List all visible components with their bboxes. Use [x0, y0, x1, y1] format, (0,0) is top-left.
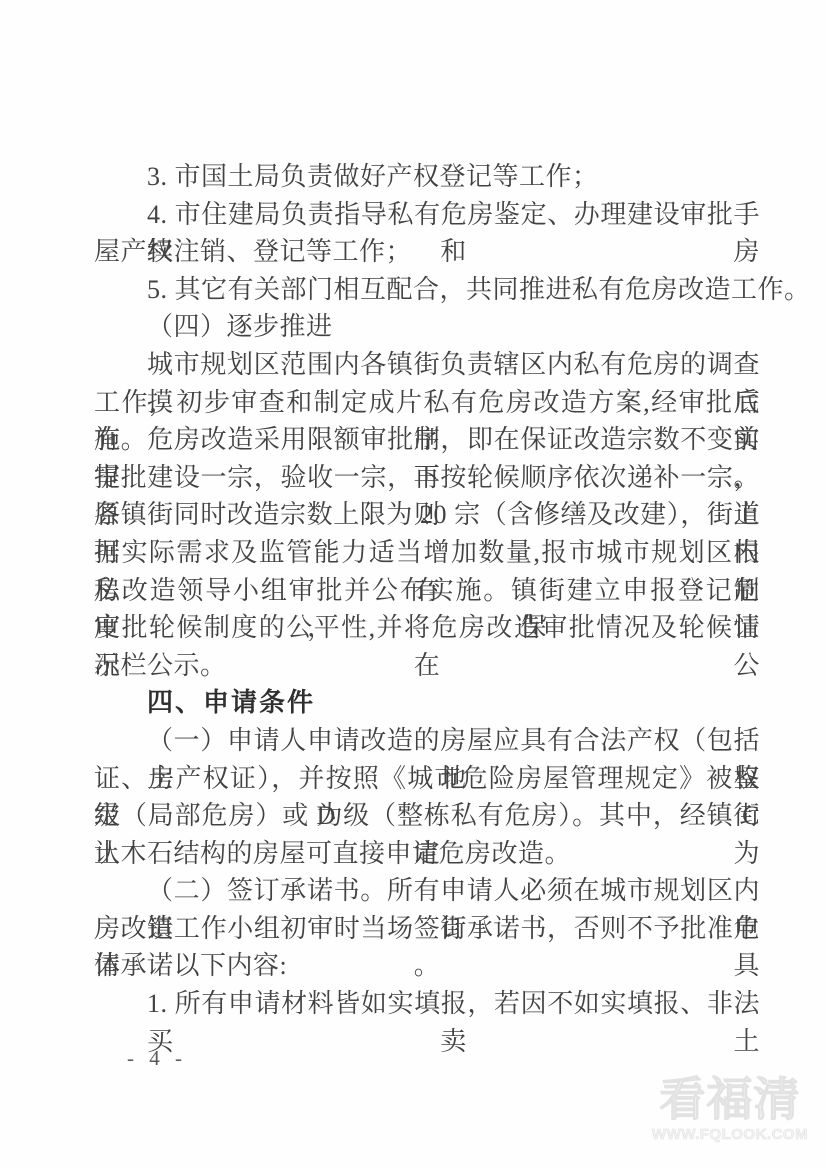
text-line: 房改造领导小组审批并公布实施。镇街建立申报登记制度，保证 [94, 572, 760, 610]
text-line: 级（局部危房）或 D 级（整栋私有危房）。其中，经镇街认定为 [94, 797, 760, 835]
text-line: 3. 市国土局负责做好产权登记等工作； [94, 158, 760, 196]
text-line: 审批建设一宗，验收一宗，再按轮候顺序依次递补一宗。原则上 [94, 459, 760, 497]
text-line: 房改造工作小组初审时当场签订承诺书，否则不予批准申请。具 [94, 910, 760, 948]
page-number: - 4 - [127, 1046, 187, 1071]
section-heading: 四、申请条件 [94, 684, 760, 722]
text-line: （一）申请人申请改造的房屋应具有合法产权（包括土地权 [94, 722, 760, 760]
scanned-document-page: 3. 市国土局负责做好产权登记等工作； 4. 市住建局负责指导私有危房鉴定、办理… [0, 0, 826, 1168]
watermark-logo-text: 看福清 [650, 1074, 810, 1125]
text-line: 1. 所有申请材料皆如实填报，若因不如实填报、非法买卖土 [94, 985, 760, 1023]
watermark: 看福清 WWW.FQLOOK.COM [650, 1074, 810, 1143]
text-line: 工作，初步审查和制定成片私有危房改造方案,经审批后有序实 [94, 384, 760, 422]
section-subheading: （四）逐步推进 [94, 308, 760, 346]
text-line: 各镇街同时改造宗数上限为 20 宗（含修缮及改建），街道可根 [94, 496, 760, 534]
text-line: 施。危房改造采用限额审批制，即在保证改造宗数不变前提下， [94, 421, 760, 459]
text-line: 证、房产权证），并按照《城市危险房屋管理规定》被鉴定为 C [94, 760, 760, 798]
text-line: 5. 其它有关部门相互配合，共同推进私有危房改造工作。 [94, 271, 760, 309]
text-line: 审批轮候制度的公平性,并将危房改造审批情况及轮候情况在公 [94, 609, 760, 647]
text-line: 4. 市住建局负责指导私有危房鉴定、办理建设审批手续和房 [94, 196, 760, 234]
watermark-url: WWW.FQLOOK.COM [650, 1126, 810, 1143]
text-line: （二）签订承诺书。所有申请人必须在城市规划区内镇街危 [94, 872, 760, 910]
document-body: 3. 市国土局负责做好产权登记等工作； 4. 市住建局负责指导私有危房鉴定、办理… [94, 158, 760, 1023]
text-line: 据实际需求及监管能力适当增加数量,报市城市规划区内私有危 [94, 534, 760, 572]
text-line: 城市规划区范围内各镇街负责辖区内私有危房的调查摸底 [94, 346, 760, 384]
